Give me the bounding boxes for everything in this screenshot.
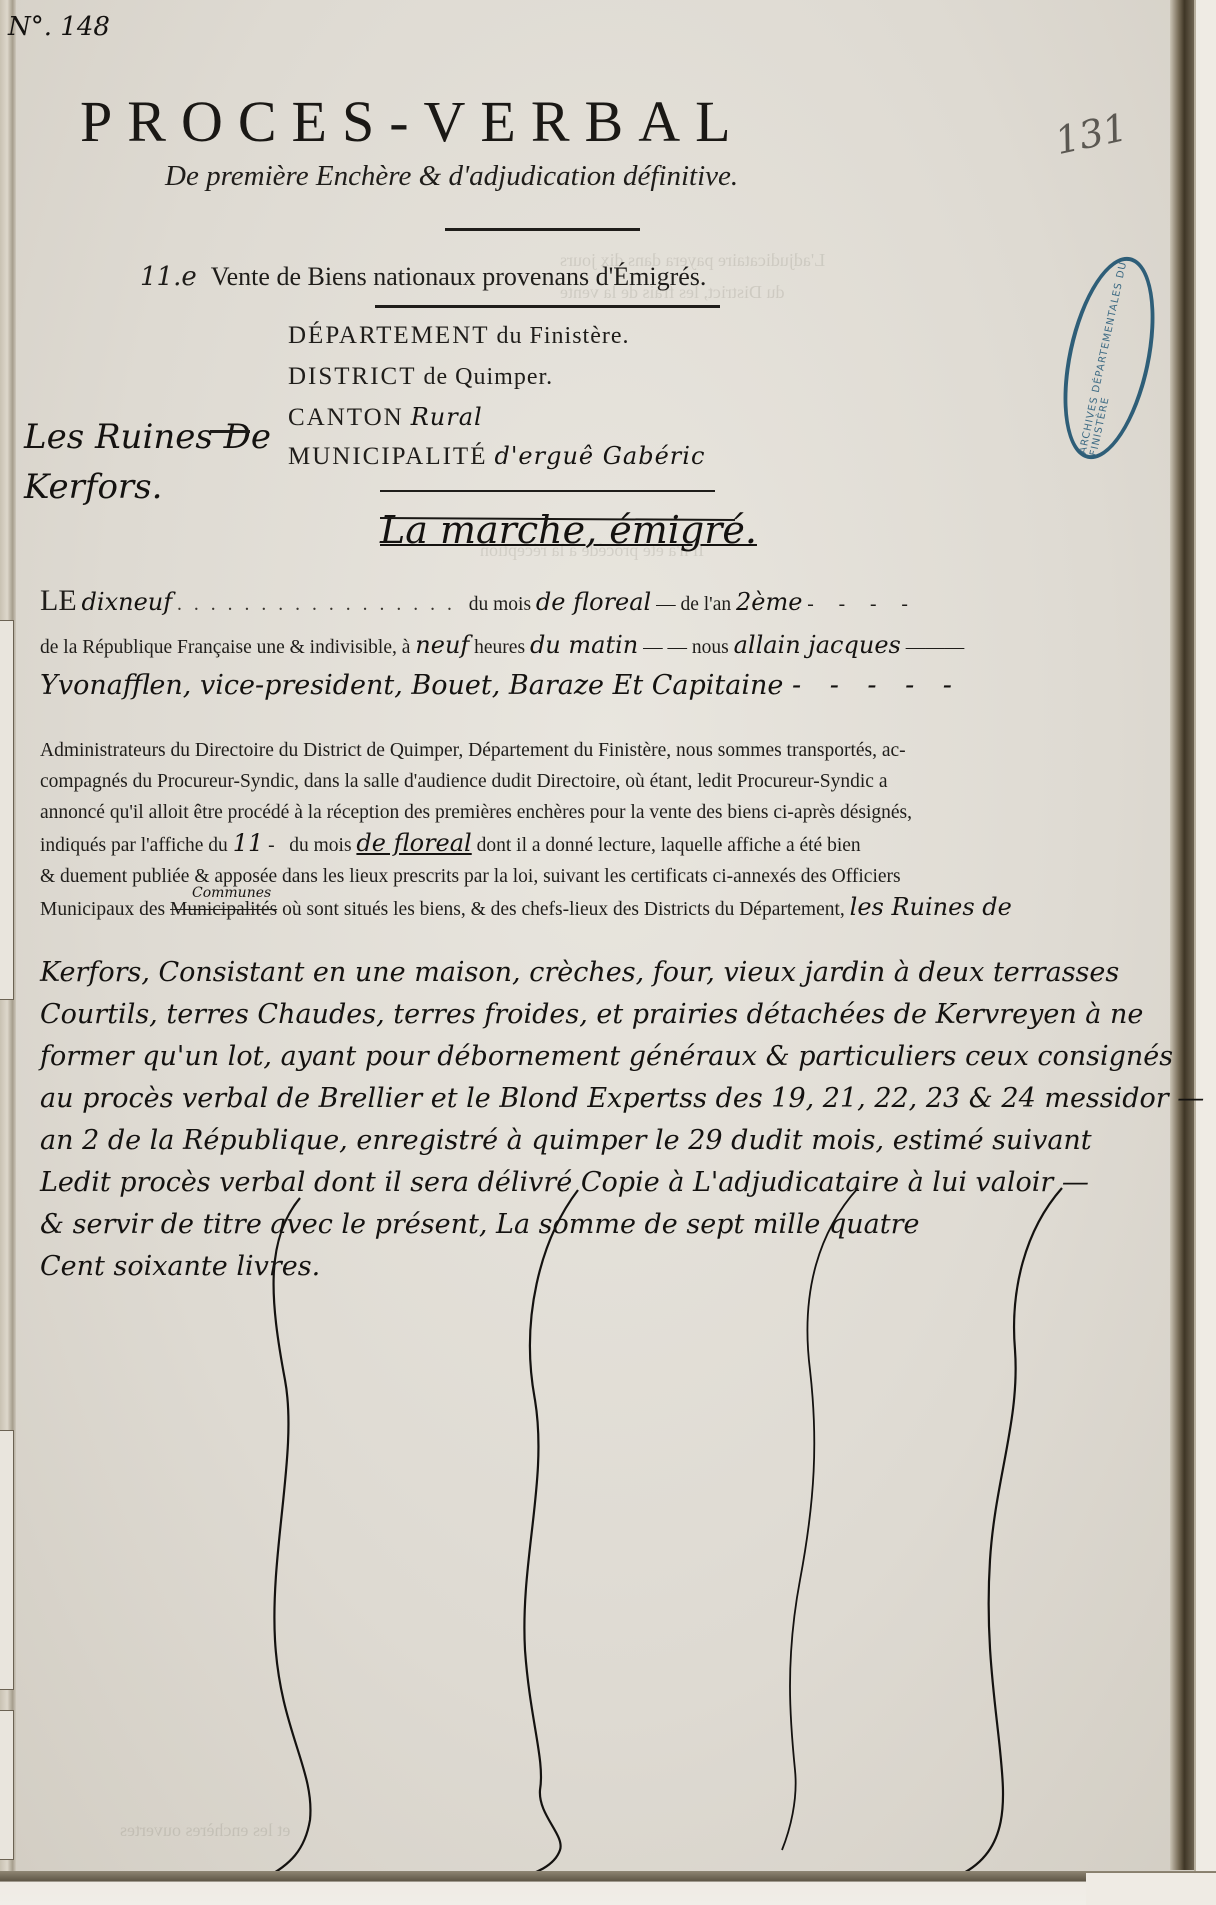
wavy-stroke-4: [960, 1188, 1062, 1875]
cancellation-strokes: [0, 0, 1216, 1905]
wavy-stroke-3: [782, 1188, 858, 1850]
wavy-stroke-1: [265, 1198, 310, 1878]
background-corner: [1086, 1873, 1216, 1905]
page-bottom-edge: [0, 1871, 1216, 1905]
wavy-stroke-2: [515, 1190, 578, 1878]
